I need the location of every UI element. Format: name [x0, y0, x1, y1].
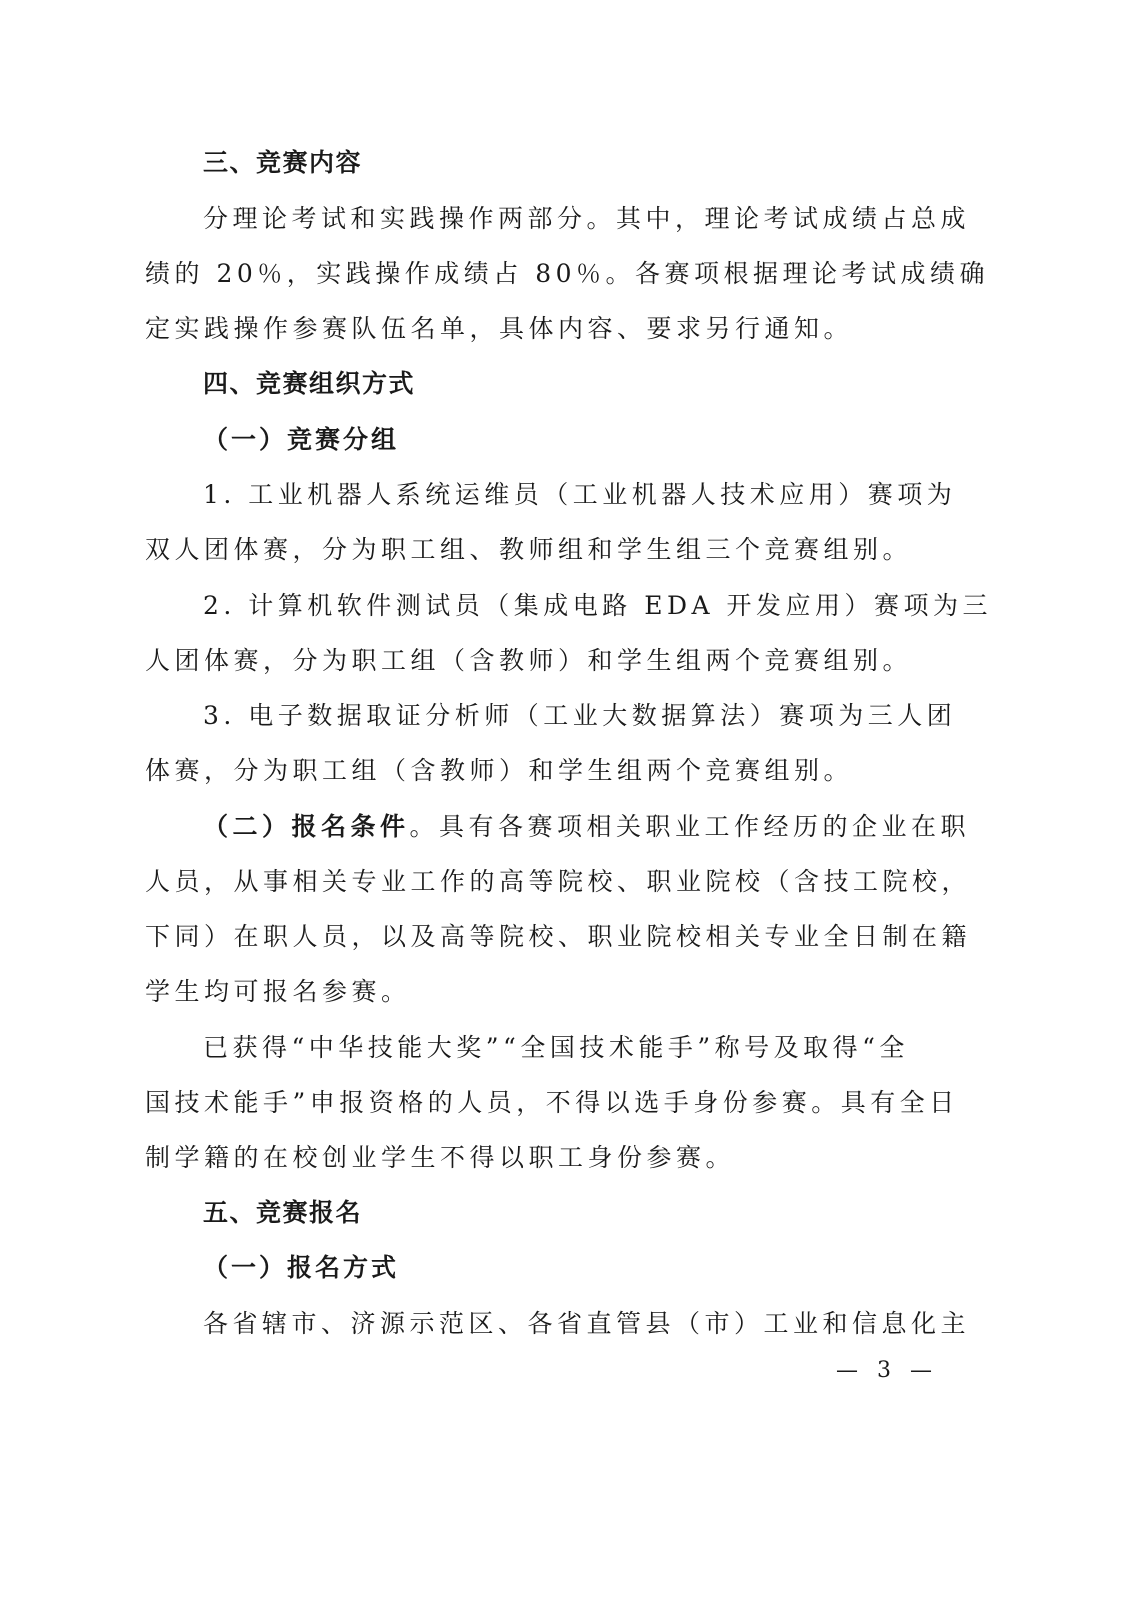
- subsection-heading-grouping: （一）竞赛分组: [203, 425, 965, 455]
- paragraph-text: 。具有各赛项相关职业工作经历的企业在职: [410, 812, 971, 841]
- list-item-line: 1. 工业机器人系统运维员（工业机器人技术应用）赛项为: [203, 480, 965, 510]
- page-number: — 3 —: [836, 1358, 938, 1383]
- paragraph-line: 下同）在职人员，以及高等院校、职业院校相关专业全日制在籍: [145, 922, 965, 952]
- paragraph-line: 分理论考试和实践操作两部分。其中，理论考试成绩占总成: [203, 204, 965, 234]
- paragraph-line: 各省辖市、济源示范区、各省直管县（市）工业和信息化主: [203, 1309, 965, 1339]
- paragraph-line: 定实践操作参赛队伍名单，具体内容、要求另行通知。: [145, 314, 965, 344]
- list-item-line: 双人团体赛，分为职工组、教师组和学生组三个竞赛组别。: [145, 535, 965, 565]
- paragraph-line: 人员，从事相关专业工作的高等院校、职业院校（含技工院校，: [145, 867, 965, 897]
- list-item-line: 体赛，分为职工组（含教师）和学生组两个竞赛组别。: [145, 756, 965, 786]
- paragraph-line: 已获得“中华技能大奖”“全国技术能手”称号及取得“全: [203, 1033, 965, 1063]
- subsection-heading-registration-method: （一）报名方式: [203, 1253, 965, 1283]
- paragraph-line: （二）报名条件。具有各赛项相关职业工作经历的企业在职: [203, 812, 965, 842]
- paragraph-line: 国技术能手”申报资格的人员，不得以选手身份参赛。具有全日: [145, 1088, 965, 1118]
- section-heading-4: 四、竞赛组织方式: [203, 369, 965, 399]
- list-item-line: 2. 计算机软件测试员（集成电路 EDA 开发应用）赛项为三: [203, 591, 965, 621]
- paragraph-line: 绩的 20％，实践操作成绩占 80％。各赛项根据理论考试成绩确: [145, 259, 965, 289]
- section-heading-3: 三、竞赛内容: [203, 148, 965, 178]
- paragraph-line: 制学籍的在校创业学生不得以职工身份参赛。: [145, 1143, 965, 1173]
- subsection-heading-eligibility: （二）报名条件: [203, 812, 410, 841]
- list-item-line: 人团体赛，分为职工组（含教师）和学生组两个竞赛组别。: [145, 646, 965, 676]
- list-item-line: 3. 电子数据取证分析师（工业大数据算法）赛项为三人团: [203, 701, 965, 731]
- paragraph-line: 学生均可报名参赛。: [145, 977, 965, 1007]
- section-heading-5: 五、竞赛报名: [203, 1198, 965, 1228]
- document-page: 三、竞赛内容 分理论考试和实践操作两部分。其中，理论考试成绩占总成 绩的 20％…: [0, 0, 1131, 1600]
